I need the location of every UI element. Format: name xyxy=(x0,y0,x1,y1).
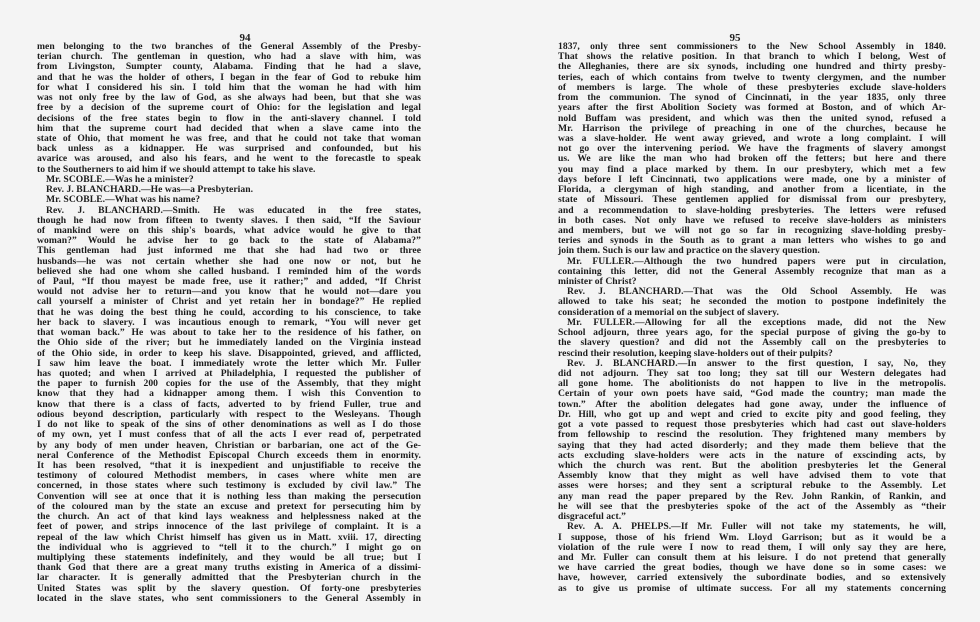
text-line: years after the first Abolition Society … xyxy=(558,103,946,113)
page-body-text: men belonging to the two branches of the… xyxy=(37,42,421,604)
text-line: located in the slave states, who sent co… xyxy=(37,594,421,604)
text-line: as to give us promise of ultimate succes… xyxy=(558,584,946,594)
text-line: from fellowship to rescind the resolutio… xyxy=(558,430,946,440)
text-line: Mr. SCOBLE.—What was his name? xyxy=(37,195,421,205)
text-line: feet of power, and strips innocence of t… xyxy=(37,522,421,532)
text-line: of my own, yet I must confess that of al… xyxy=(37,430,421,440)
text-line: state of Missouri. These gentlemen appli… xyxy=(558,195,946,205)
left-page: 94 men belonging to the two branches of … xyxy=(0,0,490,622)
page-body-text: 1837, only three sent commissioners to t… xyxy=(558,42,946,594)
text-line: free by a decision of the supreme court … xyxy=(37,103,421,113)
right-page: 95 1837, only three sent commissioners t… xyxy=(490,0,980,622)
text-line: Rev. A. A. PHELPS.—If Mr. Fuller will no… xyxy=(558,522,946,532)
